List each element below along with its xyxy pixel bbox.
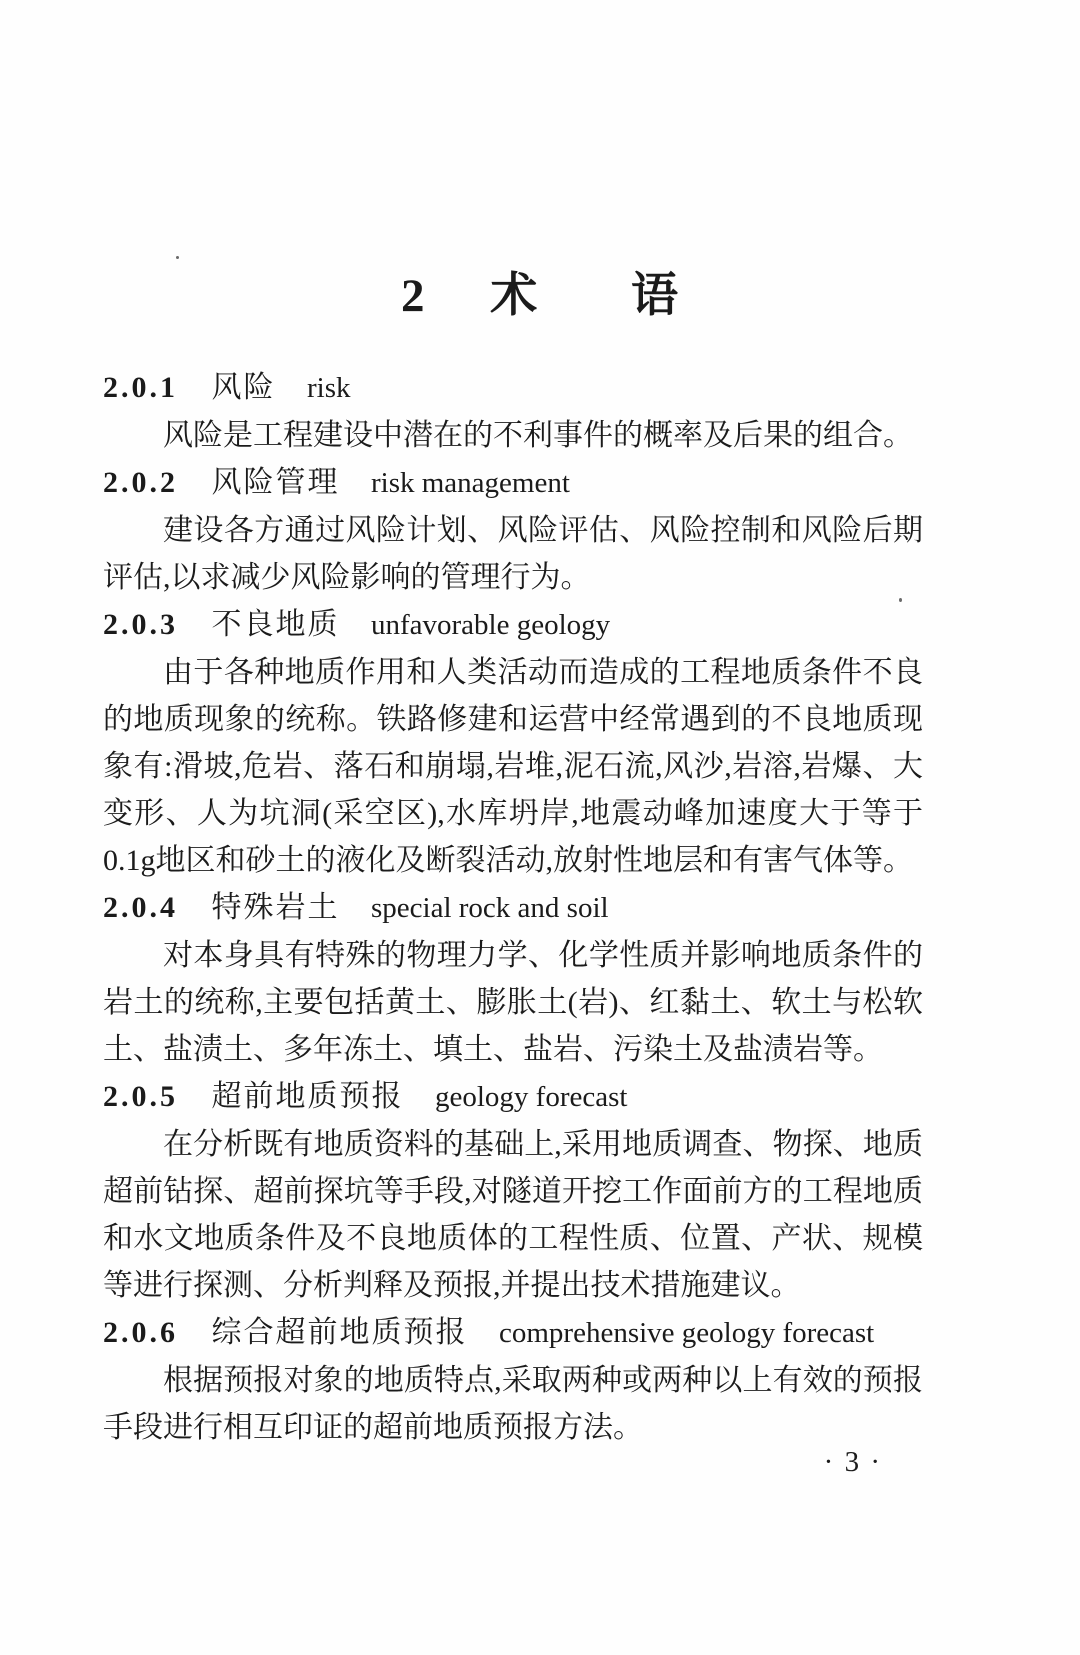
scanned-document-page: 2 术 语 2.0.1 风险 risk 风险是工程建设中潜在的不利事件的概率及后… xyxy=(0,0,1080,1655)
term-chinese: 不良地质 xyxy=(212,608,340,641)
chapter-title-word-2: 语 xyxy=(631,258,679,325)
term-section-2-0-4: 2.0.4 特殊岩土 special rock and soil 对本身具有特殊… xyxy=(103,884,923,1073)
term-english: special rock and soil xyxy=(371,892,609,924)
term-number: 2.0.2 xyxy=(103,466,178,499)
term-english: geology forecast xyxy=(435,1081,627,1113)
term-heading: 2.0.6 综合超前地质预报 comprehensive geology for… xyxy=(103,1309,923,1357)
term-number: 2.0.5 xyxy=(103,1080,178,1113)
term-section-2-0-3: 2.0.3 不良地质 unfavorable geology 由于各种地质作用和… xyxy=(103,601,923,884)
term-english: risk management xyxy=(371,467,570,499)
term-chinese: 风险管理 xyxy=(212,466,340,499)
term-section-2-0-1: 2.0.1 风险 risk 风险是工程建设中潜在的不利事件的概率及后果的组合。 xyxy=(103,364,923,459)
term-number: 2.0.4 xyxy=(103,891,178,924)
term-number: 2.0.6 xyxy=(103,1316,178,1349)
term-section-2-0-5: 2.0.5 超前地质预报 geology forecast 在分析既有地质资料的… xyxy=(103,1073,923,1309)
scan-artifact-speck xyxy=(899,598,902,602)
terms-content: 2.0.1 风险 risk 风险是工程建设中潜在的不利事件的概率及后果的组合。 … xyxy=(103,364,923,1451)
scan-artifact-speck xyxy=(176,256,179,259)
term-definition: 建设各方通过风险计划、风险评估、风险控制和风险后期评估,以求减少风险影响的管理行… xyxy=(103,507,923,601)
term-heading: 2.0.3 不良地质 unfavorable geology xyxy=(103,601,923,649)
term-heading: 2.0.5 超前地质预报 geology forecast xyxy=(103,1073,923,1121)
term-heading: 2.0.1 风险 risk xyxy=(103,364,923,412)
term-definition: 风险是工程建设中潜在的不利事件的概率及后果的组合。 xyxy=(103,412,923,459)
term-definition: 根据预报对象的地质特点,采取两种或两种以上有效的预报手段进行相互印证的超前地质预… xyxy=(103,1357,923,1451)
chapter-title: 2 术 语 xyxy=(0,258,1080,325)
chapter-title-word-1: 术 xyxy=(490,258,538,325)
term-section-2-0-2: 2.0.2 风险管理 risk management 建设各方通过风险计划、风险… xyxy=(103,459,923,601)
term-number: 2.0.1 xyxy=(103,371,178,404)
term-section-2-0-6: 2.0.6 综合超前地质预报 comprehensive geology for… xyxy=(103,1309,923,1451)
term-chinese: 特殊岩土 xyxy=(212,891,340,924)
page-number: · 3 · xyxy=(824,1446,882,1479)
term-heading: 2.0.2 风险管理 risk management xyxy=(103,459,923,507)
term-definition: 对本身具有特殊的物理力学、化学性质并影响地质条件的岩土的统称,主要包括黄土、膨胀… xyxy=(103,932,923,1073)
term-english: risk xyxy=(307,372,351,404)
term-number: 2.0.3 xyxy=(103,608,178,641)
term-chinese: 综合超前地质预报 xyxy=(212,1316,468,1349)
term-chinese: 风险 xyxy=(212,371,276,404)
term-definition: 在分析既有地质资料的基础上,采用地质调查、物探、地质超前钻探、超前探坑等手段,对… xyxy=(103,1121,923,1309)
term-english: unfavorable geology xyxy=(371,609,610,641)
term-definition: 由于各种地质作用和人类活动而造成的工程地质条件不良的地质现象的统称。铁路修建和运… xyxy=(103,649,923,884)
term-heading: 2.0.4 特殊岩土 special rock and soil xyxy=(103,884,923,932)
term-chinese: 超前地质预报 xyxy=(212,1080,404,1113)
chapter-number: 2 xyxy=(401,270,426,322)
term-english: comprehensive geology forecast xyxy=(499,1317,874,1349)
